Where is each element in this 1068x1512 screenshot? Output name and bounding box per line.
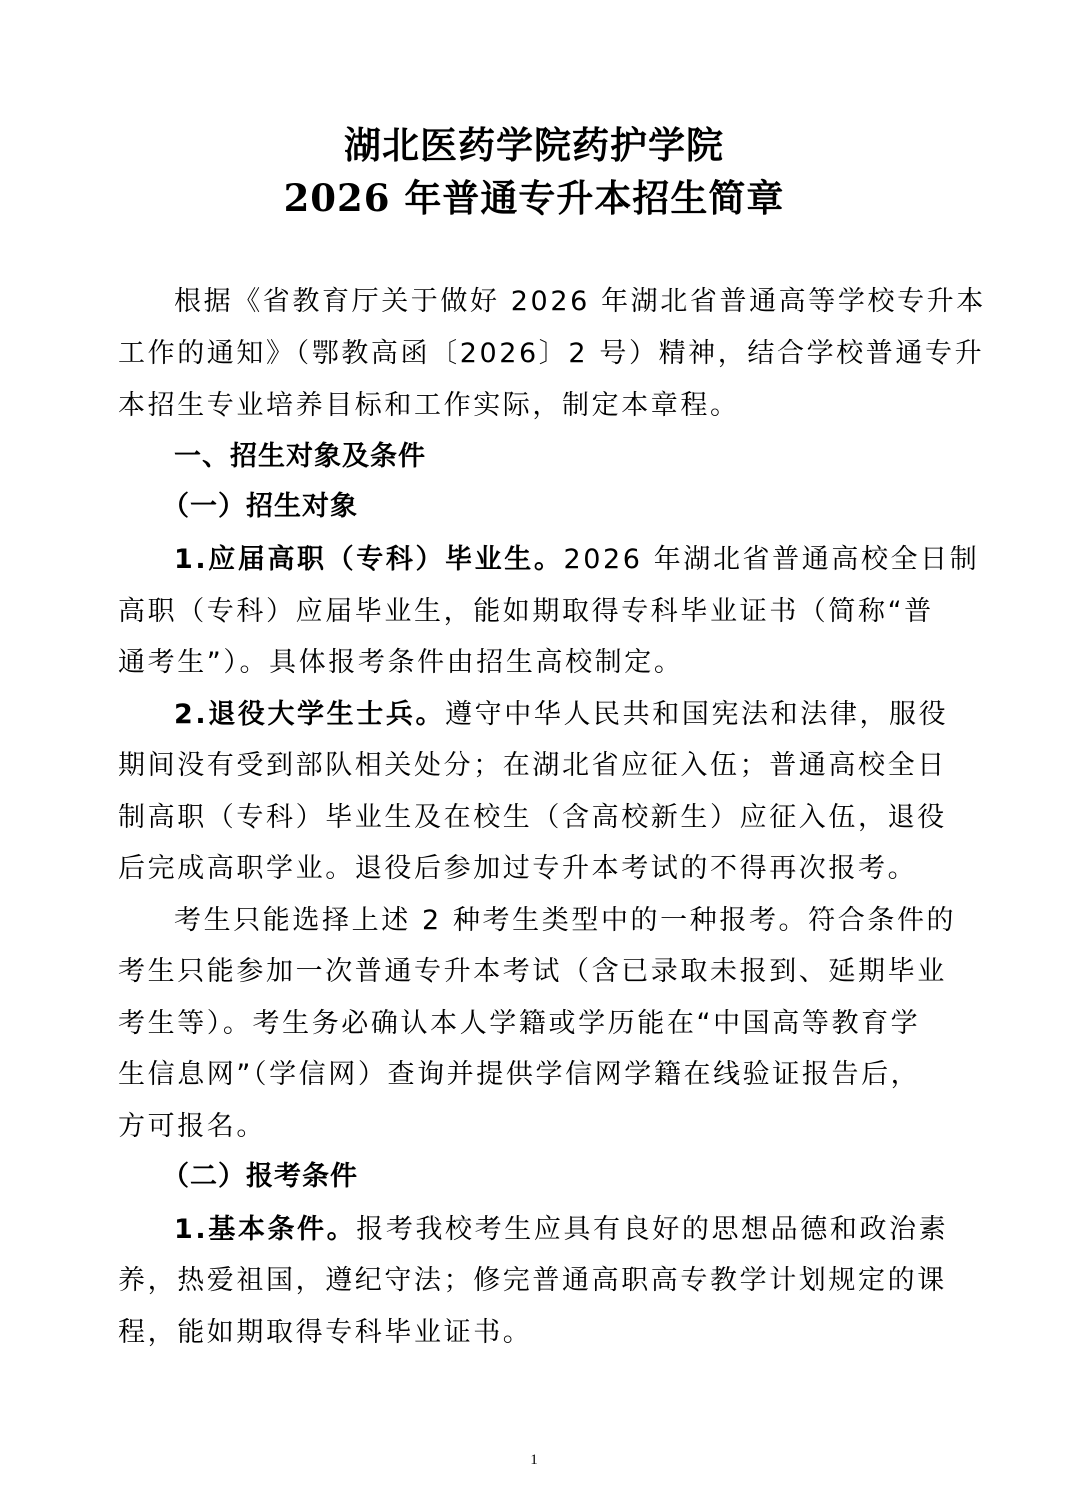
note-line: 方可报名。 — [118, 1107, 948, 1147]
item3-first-line: 1.基本条件。报考我校考生应具有良好的思想品德和政治素 — [174, 1210, 1004, 1250]
document-title-line2: 2026 年普通专升本招生简章 — [0, 173, 1068, 223]
item2-first-line: 2.退役大学生士兵。遵守中华人民共和国宪法和法律，服役 — [174, 695, 1004, 735]
item3-line: 养，热爱祖国，遵纪守法；修完普通高职高专教学计划规定的课 — [118, 1261, 948, 1301]
item3-rest: 报考我校考生应具有良好的思想品德和政治素 — [356, 1214, 948, 1245]
item1-line: 通考生”）。具体报考条件由招生高校制定。 — [118, 643, 948, 683]
intro-line: 根据《省教育厅关于做好 2026 年湖北省普通高等学校专升本 — [174, 282, 1004, 322]
subsection-heading: （二）报考条件 — [162, 1157, 992, 1197]
item1-line: 高职（专科）应届毕业生，能如期取得专科毕业证书（简称“普 — [118, 592, 948, 632]
note-line: 考生只能选择上述 2 种考生类型中的一种报考。符合条件的 — [174, 901, 1004, 941]
subsection-heading: （一）招生对象 — [162, 487, 992, 527]
document-title-line1: 湖北医药学院药护学院 — [0, 120, 1068, 170]
intro-line: 本招生专业培养目标和工作实际，制定本章程。 — [118, 386, 948, 426]
item2-line: 后完成高职学业。退役后参加过专升本考试的不得再次报考。 — [118, 849, 948, 889]
item2-lead: 2.退役大学生士兵。 — [174, 699, 445, 730]
item3-line: 程，能如期取得专科毕业证书。 — [118, 1313, 948, 1353]
page-number: 1 — [0, 1452, 1068, 1469]
section-heading: 一、招生对象及条件 — [174, 437, 1004, 477]
item2-line: 期间没有受到部队相关处分；在湖北省应征入伍；普通高校全日 — [118, 746, 948, 786]
item2-rest: 遵守中华人民共和国宪法和法律，服役 — [445, 699, 948, 730]
document-page: 湖北医药学院药护学院 2026 年普通专升本招生简章 根据《省教育厅关于做好 2… — [0, 0, 1068, 1512]
note-line: 生信息网”（学信网）查询并提供学信网学籍在线验证报告后， — [118, 1055, 948, 1095]
item2-line: 制高职（专科）毕业生及在校生（含高校新生）应征入伍，退役 — [118, 798, 948, 838]
item1-rest: 2026 年湖北省普通高校全日制 — [563, 544, 979, 575]
intro-line: 工作的通知》（鄂教高函〔2026〕2 号）精神，结合学校普通专升 — [118, 334, 948, 374]
item1-lead: 1.应届高职（专科）毕业生。 — [174, 544, 563, 575]
item3-lead: 1.基本条件。 — [174, 1214, 356, 1245]
note-line: 考生等）。考生务必确认本人学籍或学历能在“中国高等教育学 — [118, 1004, 948, 1044]
item1-first-line: 1.应届高职（专科）毕业生。2026 年湖北省普通高校全日制 — [174, 540, 1004, 580]
note-line: 考生只能参加一次普通专升本考试（含已录取未报到、延期毕业 — [118, 952, 948, 992]
